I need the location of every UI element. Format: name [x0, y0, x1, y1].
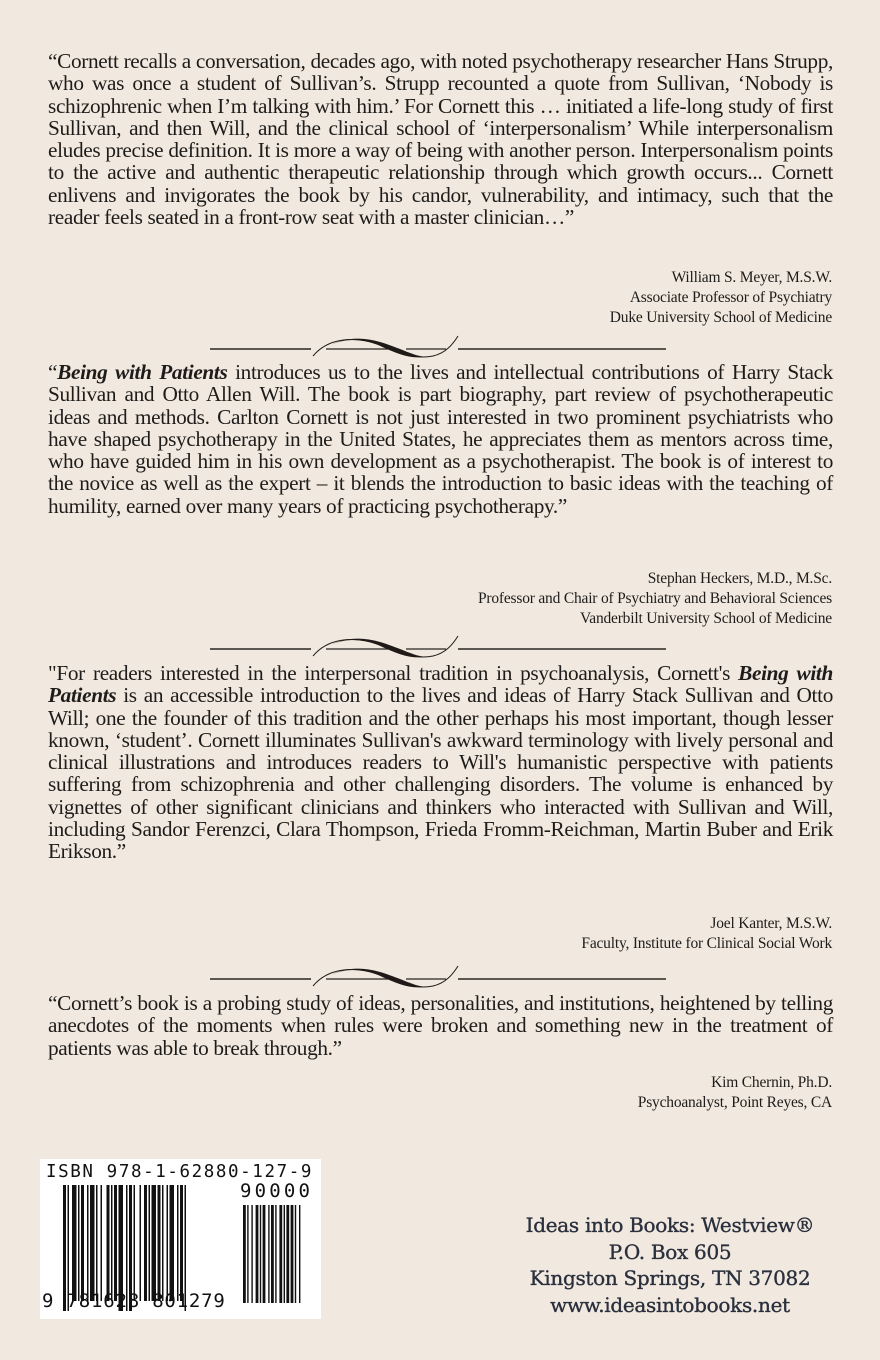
attribution-title: Faculty, Institute for Clinical Social W… [581, 934, 832, 954]
attribution-name: Stephan Heckers, M.D., M.Sc. [478, 569, 832, 589]
blurb-text-run: “ [48, 360, 57, 384]
blurb-text-run: is an accessible introduction to the liv… [48, 683, 833, 863]
attribution-kanter: Joel Kanter, M.S.W. Faculty, Institute f… [581, 914, 832, 954]
blurb-text: "For readers interested in the interpers… [48, 662, 833, 863]
publisher-website: www.ideasintobooks.net [490, 1292, 850, 1319]
attribution-institution: Duke University School of Medicine [610, 308, 832, 328]
attribution-title: Professor and Chair of Psychiatry and Be… [478, 589, 832, 609]
flourish-divider-icon [208, 962, 672, 992]
attribution-chernin: Kim Chernin, Ph.D. Psychoanalyst, Point … [638, 1073, 832, 1113]
publisher-po-box: P.O. Box 605 [490, 1239, 850, 1266]
blurb-heckers: “Being with Patients introduces us to th… [48, 361, 833, 517]
flourish-divider-icon [208, 632, 672, 662]
attribution-meyer: William S. Meyer, M.S.W. Associate Profe… [610, 268, 832, 328]
barcode-first-digit: 9 [42, 1290, 54, 1312]
attribution-title: Associate Professor of Psychiatry [610, 288, 832, 308]
publisher-city: Kingston Springs, TN 37082 [490, 1265, 850, 1292]
book-title: Being with Patients [57, 360, 227, 384]
blurb-text: “Being with Patients introduces us to th… [48, 361, 833, 517]
blurb-text-run: “Cornett’s book is a probing study of id… [48, 991, 833, 1060]
barcode-right-group: 801279 [152, 1290, 225, 1312]
blurb-kanter: "For readers interested in the interpers… [48, 662, 833, 863]
attribution-institution: Vanderbilt University School of Medicine [478, 609, 832, 629]
blurb-text-run: introduces us to the lives and intellect… [48, 360, 833, 518]
attribution-title: Psychoanalyst, Point Reyes, CA [638, 1093, 832, 1113]
flourish-divider-icon [208, 332, 672, 362]
blurb-meyer: “Cornett recalls a conversation, decades… [48, 50, 833, 228]
attribution-name: Kim Chernin, Ph.D. [638, 1073, 832, 1093]
publisher-block: Ideas into Books: Westview® P.O. Box 605… [490, 1212, 850, 1318]
blurb-text-run: "For readers interested in the interpers… [48, 661, 738, 685]
attribution-name: William S. Meyer, M.S.W. [610, 268, 832, 288]
blurb-chernin: “Cornett’s book is a probing study of id… [48, 992, 833, 1059]
barcode-left-group: 781628 [67, 1290, 140, 1312]
barcode-digits: 9 781628 801279 [42, 1290, 226, 1312]
blurb-text: “Cornett’s book is a probing study of id… [48, 992, 833, 1059]
attribution-heckers: Stephan Heckers, M.D., M.Sc. Professor a… [478, 569, 832, 629]
attribution-name: Joel Kanter, M.S.W. [581, 914, 832, 934]
blurb-text: “Cornett recalls a conversation, decades… [48, 50, 833, 228]
blurb-text-run: “Cornett recalls a conversation, decades… [48, 49, 833, 229]
publisher-name: Ideas into Books: Westview® [490, 1212, 850, 1239]
isbn-barcode: ISBN 978-1-62880-127-9 90000 9 781628 80… [40, 1159, 321, 1319]
